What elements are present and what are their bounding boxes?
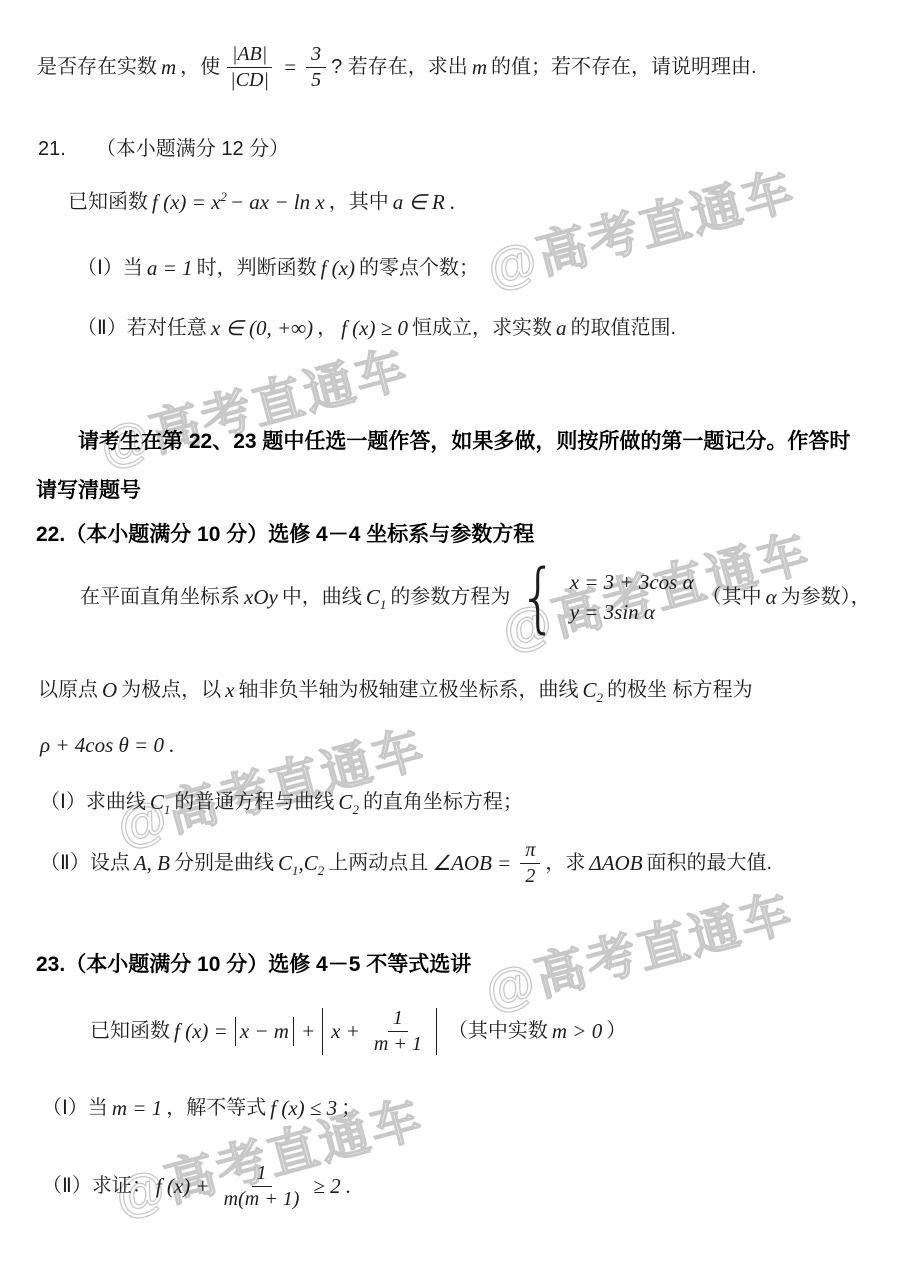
math-text: C bbox=[583, 678, 597, 702]
subscript: 1 bbox=[380, 597, 387, 612]
math-text: − ax − ln x bbox=[230, 190, 325, 214]
subscript: 2 bbox=[352, 802, 359, 817]
text-segment: 的普通方程与曲线 bbox=[174, 789, 334, 816]
math-segment: ∠AOB = bbox=[432, 849, 511, 877]
fraction-numerator: 1 bbox=[252, 1163, 272, 1187]
fraction-denominator: 2 bbox=[520, 864, 540, 887]
fraction-1-m-plus-1: 1 m + 1 bbox=[369, 1008, 427, 1055]
curve-c2-symbol: C2 bbox=[583, 676, 604, 704]
question22-heading: 22.（本小题满分 10 分）选修 4－4 坐标系与参数方程 bbox=[36, 521, 534, 549]
text-segment: （其中 bbox=[702, 584, 762, 611]
math-segment: ρ + 4cos θ = 0 . bbox=[40, 731, 174, 759]
math-var-m: m bbox=[472, 53, 487, 81]
math-text: C bbox=[278, 851, 292, 875]
math-text: x + bbox=[331, 1017, 360, 1045]
text-segment: （Ⅱ）求证： bbox=[42, 1173, 152, 1200]
math-text: C bbox=[366, 585, 380, 609]
exam-paper-page: @高考直通车 @高考直通车 @高考直通车 @高考直通车 @高考直通车 @高考直通… bbox=[0, 0, 900, 1264]
subscript: 2 bbox=[318, 864, 325, 879]
math-segment: α bbox=[766, 583, 777, 611]
curve-c1-symbol: C1 bbox=[150, 788, 171, 816]
notice-line1: 请考生在第 22、23 题中任选一题作答，如果多做，则按所做的第一题记分。作答时 bbox=[78, 428, 850, 456]
math-segment: a bbox=[556, 314, 567, 342]
question-title: 22.（本小题满分 10 分）选修 4－4 坐标系与参数方程 bbox=[36, 521, 534, 549]
fraction-denominator: 5 bbox=[306, 68, 326, 91]
abs-value-x-minus-m: x − m bbox=[235, 1017, 294, 1045]
fraction-numerator: |AB| bbox=[227, 44, 272, 68]
text-segment: 以原点 bbox=[38, 677, 98, 704]
curve-c1-symbol: C1 bbox=[366, 583, 387, 611]
question-score: （本小题满分 12 分） bbox=[96, 136, 289, 163]
text-segment: 请考生在第 22、23 题中任选一题作答，如果多做，则按所做的第一题记分。作答时 bbox=[78, 428, 850, 456]
fraction-numerator: π bbox=[520, 840, 540, 864]
system-equation-y: y = 3sin α bbox=[570, 601, 694, 624]
text-segment: 的直角坐标方程； bbox=[363, 789, 523, 816]
question23-given-line: 已知函数 f (x) = x − m + x + 1 m + 1 （其中实数 m… bbox=[90, 1008, 626, 1055]
text-segment: （Ⅰ）当 bbox=[42, 1095, 108, 1122]
fraction-3-5: 3 5 bbox=[306, 44, 326, 91]
text-segment: 恒成立，求实数 bbox=[412, 315, 552, 342]
math-segment: a = 1 bbox=[147, 254, 193, 282]
question21-heading: 21. （本小题满分 12 分） bbox=[38, 136, 289, 163]
subscript: 1 bbox=[164, 802, 171, 817]
text-segment: 在平面直角坐标系 bbox=[80, 584, 240, 611]
question23-heading: 23.（本小题满分 10 分）选修 4－5 不等式选讲 bbox=[36, 951, 471, 979]
text-segment: 的极坐 标方程为 bbox=[607, 677, 753, 704]
system-equation-x: x = 3 + 3cos α bbox=[570, 571, 694, 594]
abs-value-x-plus-fraction: x + 1 m + 1 bbox=[322, 1008, 437, 1055]
text-segment: 中，曲线 bbox=[282, 584, 362, 611]
subscript: 2 bbox=[597, 690, 604, 705]
text-segment: （Ⅰ）当 bbox=[77, 255, 143, 282]
math-segment: x bbox=[225, 676, 234, 704]
plus-sign: + bbox=[301, 1017, 315, 1045]
text-segment: （Ⅰ）求曲线 bbox=[40, 789, 146, 816]
text-segment: （其中实数 bbox=[448, 1018, 548, 1045]
question21-given-line: 已知函数 f (x) = x2− ax − ln x ，其中 a ∈ R . bbox=[68, 188, 459, 216]
notice-line2: 请写清题号 bbox=[36, 477, 141, 505]
text-segment: 已知函数 bbox=[90, 1018, 170, 1045]
question21-part2-line: （Ⅱ）若对任意 x ∈ (0, +∞) ， f (x) ≥ 0 恒成立，求实数 … bbox=[77, 314, 676, 342]
math-segment: O bbox=[102, 676, 117, 704]
math-var-m: m bbox=[161, 53, 176, 81]
math-segment: m > 0 bbox=[552, 1017, 602, 1045]
math-segment: A, B bbox=[134, 849, 170, 877]
text-segment: 的参数方程为 bbox=[390, 584, 510, 611]
text-segment: ，解不等式 bbox=[166, 1095, 266, 1122]
text-segment: 是否存在实数 bbox=[37, 54, 157, 81]
fraction-numerator: 3 bbox=[306, 44, 326, 68]
question22-part1-line: （Ⅰ）求曲线 C1 的普通方程与曲线 C2 的直角坐标方程； bbox=[40, 788, 523, 816]
text-segment: 的零点个数； bbox=[359, 255, 479, 282]
exponent: 2 bbox=[220, 189, 227, 204]
text-segment: 面积的最大值. bbox=[647, 850, 773, 877]
equals-sign: = bbox=[283, 53, 297, 81]
text-segment: 为参数）， bbox=[781, 584, 871, 611]
watermark: @高考直通车 bbox=[476, 872, 801, 1024]
question21-part1-line: （Ⅰ）当 a = 1 时，判断函数 f (x) 的零点个数； bbox=[77, 254, 479, 282]
system-brace: { bbox=[519, 565, 558, 630]
system-rows: x = 3 + 3cos α y = 3sin α bbox=[566, 571, 698, 624]
parametric-system: { x = 3 + 3cos α y = 3sin α bbox=[514, 565, 697, 630]
question-title: 23.（本小题满分 10 分）选修 4－5 不等式选讲 bbox=[36, 951, 471, 979]
math-segment: f (x) ≤ 3 bbox=[270, 1094, 337, 1122]
text-segment: ? 若存在，求出 bbox=[331, 54, 468, 81]
math-segment: f (x) = x2− ax − ln x bbox=[152, 188, 325, 216]
curves-c1-c2-symbol: C1,C2 bbox=[278, 849, 324, 877]
text-segment: ，求 bbox=[545, 850, 585, 877]
math-segment: x ∈ (0, +∞) bbox=[211, 314, 313, 342]
text-segment: 轴非负半轴为极轴建立极坐标系，曲线 bbox=[239, 677, 579, 704]
fraction-numerator: 1 bbox=[388, 1008, 408, 1032]
watermark: @高考直通车 bbox=[91, 328, 416, 480]
text-segment: 的值；若不存在，请说明理由. bbox=[491, 54, 757, 81]
question23-part2-line: （Ⅱ）求证： f (x) + 1 m(m + 1) ≥ 2 . bbox=[42, 1163, 355, 1210]
math-segment: f (x) bbox=[321, 254, 355, 282]
question22-polar-line: 以原点 O 为极点，以 x 轴非负半轴为极轴建立极坐标系，曲线 C2 的极坐 标… bbox=[38, 676, 753, 704]
question20-tail-line: 是否存在实数 m ，使 |AB| |CD| = 3 5 ? 若存在，求出 m 的… bbox=[37, 44, 757, 91]
text-segment: 请写清题号 bbox=[36, 477, 141, 505]
text-segment: ， bbox=[317, 315, 337, 342]
text-segment: 分别是曲线 bbox=[174, 850, 274, 877]
text-segment: 为极点，以 bbox=[121, 677, 221, 704]
text-segment: 的取值范围. bbox=[571, 315, 677, 342]
curve-c2-symbol: C2 bbox=[338, 788, 359, 816]
text-segment: 时，判断函数 bbox=[197, 255, 317, 282]
text-segment: 上两动点且 bbox=[328, 850, 428, 877]
math-segment: f (x) ≥ 0 bbox=[341, 314, 408, 342]
math-segment: m = 1 bbox=[112, 1094, 162, 1122]
math-segment: ≥ 2 . bbox=[313, 1172, 351, 1200]
math-text: C bbox=[304, 851, 318, 875]
math-text: C bbox=[338, 790, 352, 814]
text-segment: ，其中 bbox=[329, 189, 389, 216]
math-segment: f (x) + bbox=[156, 1172, 210, 1200]
math-segment: ΔAOB bbox=[589, 849, 642, 877]
watermark: @高考直通车 bbox=[478, 150, 803, 302]
fraction-denominator: m + 1 bbox=[369, 1032, 427, 1055]
fraction-denominator: m(m + 1) bbox=[219, 1187, 305, 1210]
question22-part2-line: （Ⅱ）设点 A, B 分别是曲线 C1,C2 上两动点且 ∠AOB = π 2 … bbox=[40, 840, 772, 887]
text-segment: ） bbox=[606, 1018, 626, 1045]
text-segment: 已知函数 bbox=[68, 189, 148, 216]
fraction-pi-2: π 2 bbox=[520, 840, 540, 887]
math-segment: a ∈ R . bbox=[393, 188, 456, 216]
question-number: 21. bbox=[38, 136, 66, 163]
fraction-1-m-m-plus-1: 1 m(m + 1) bbox=[219, 1163, 305, 1210]
question22-intro-line: 在平面直角坐标系 xOy 中，曲线 C1 的参数方程为 { x = 3 + 3c… bbox=[80, 565, 871, 630]
math-segment: xOy bbox=[244, 583, 278, 611]
fraction-denominator: |CD| bbox=[225, 68, 274, 91]
text-segment: （Ⅱ）若对任意 bbox=[77, 315, 207, 342]
math-text: C bbox=[150, 790, 164, 814]
text-segment: （Ⅱ）设点 bbox=[40, 850, 130, 877]
text-segment: ，使 bbox=[180, 54, 220, 81]
math-text: f (x) = x bbox=[152, 190, 220, 214]
question23-part1-line: （Ⅰ）当 m = 1 ，解不等式 f (x) ≤ 3 ； bbox=[42, 1094, 361, 1122]
text-segment: ； bbox=[341, 1095, 361, 1122]
fraction-ab-cd: |AB| |CD| bbox=[225, 44, 274, 91]
math-segment: f (x) = bbox=[174, 1017, 228, 1045]
question22-polar-equation: ρ + 4cos θ = 0 . bbox=[40, 731, 174, 759]
